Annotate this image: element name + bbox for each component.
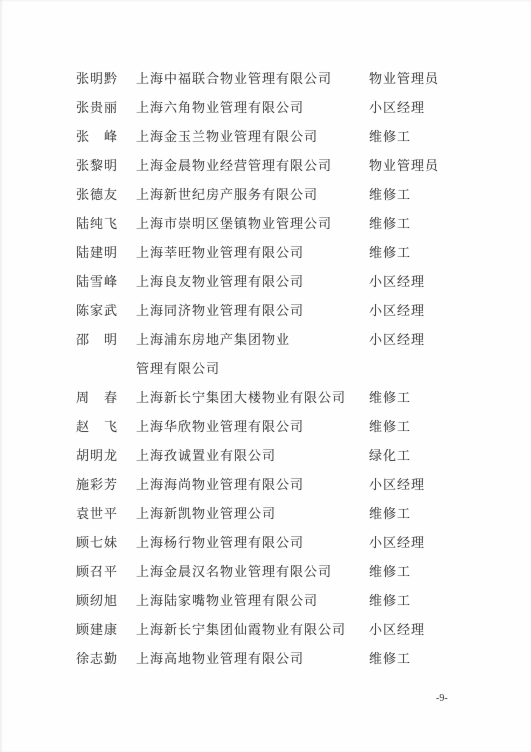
company-name: 上海孜诚置业有限公司 [136,441,381,470]
job-title: 物业管理员 [369,64,439,93]
table-row: 袁世平 上海新凯物业管理公司 维修工 [0,499,531,528]
person-name: 张明黔 [76,64,118,93]
company-name: 上海新长宁集团大楼物业有限公司 [136,383,381,412]
person-name: 周 春 [76,383,118,412]
company-name: 上海高地物业管理有限公司 [136,644,381,673]
person-name: 张贵丽 [76,93,118,122]
table-row: 陆建明 上海莘旺物业管理有限公司 维修工 [0,238,531,267]
table-row: 顾七妹 上海杨行物业管理有限公司 小区经理 [0,528,531,557]
job-title: 维修工 [369,586,411,615]
company-name: 上海新长宁集团仙霞物业有限公司 [136,615,381,644]
person-name: 陆雪峰 [76,267,118,296]
company-name: 上海新凯物业管理公司 [136,499,381,528]
job-title: 维修工 [369,180,411,209]
table-row: 张明黔 上海中福联合物业管理有限公司 物业管理员 [0,64,531,93]
job-title: 小区经理 [369,615,425,644]
job-title: 维修工 [369,412,411,441]
table-row: 赵 飞 上海华欣物业管理有限公司 维修工 [0,412,531,441]
job-title: 绿化工 [369,441,411,470]
roster-table: 张明黔 上海中福联合物业管理有限公司 物业管理员 张贵丽 上海六角物业管理有限公… [0,64,531,673]
company-name: 上海金晨物业经营管理有限公司 [136,151,381,180]
table-row: 张贵丽 上海六角物业管理有限公司 小区经理 [0,93,531,122]
person-name: 张 峰 [76,122,118,151]
company-name: 上海中福联合物业管理有限公司 [136,64,381,93]
company-name: 上海杨行物业管理有限公司 [136,528,381,557]
person-name: 顾七妹 [76,528,118,557]
person-name: 张黎明 [76,151,118,180]
table-row: 陈家武 上海同济物业管理有限公司 小区经理 [0,296,531,325]
person-name: 陆纯飞 [76,209,118,238]
table-row: 胡明龙 上海孜诚置业有限公司 绿化工 [0,441,531,470]
person-name: 顾召平 [76,557,118,586]
person-name: 邵 明 [76,325,118,354]
job-title: 小区经理 [369,267,425,296]
job-title: 维修工 [369,122,411,151]
person-name: 施彩芳 [76,470,118,499]
document-page: 张明黔 上海中福联合物业管理有限公司 物业管理员 张贵丽 上海六角物业管理有限公… [0,0,531,752]
page-number: -9- [436,693,448,704]
table-row: 张黎明 上海金晨物业经营管理有限公司 物业管理员 [0,151,531,180]
company-name: 上海金玉兰物业管理有限公司 [136,122,381,151]
company-name: 上海新世纪房产服务有限公司 [136,180,381,209]
table-row: 陆雪峰 上海良友物业管理有限公司 小区经理 [0,267,531,296]
person-name: 陆建明 [76,238,118,267]
table-row: 徐志勤 上海高地物业管理有限公司 维修工 [0,644,531,673]
table-row: 施彩芳 上海海尚物业管理有限公司 小区经理 [0,470,531,499]
person-name: 陈家武 [76,296,118,325]
table-row: 陆纯飞 上海市崇明区堡镇物业管理公司 维修工 [0,209,531,238]
job-title: 维修工 [369,383,411,412]
table-row: 邵 明 上海浦东房地产集团物业 管理有限公司 小区经理 [0,325,531,383]
company-name: 上海莘旺物业管理有限公司 [136,238,381,267]
job-title: 小区经理 [369,296,425,325]
company-name: 上海六角物业管理有限公司 [136,93,381,122]
person-name: 袁世平 [76,499,118,528]
person-name: 赵 飞 [76,412,118,441]
table-row: 张 峰 上海金玉兰物业管理有限公司 维修工 [0,122,531,151]
company-name: 上海陆家嘴物业管理有限公司 [136,586,381,615]
job-title: 小区经理 [369,325,425,354]
table-row: 顾纫旭 上海陆家嘴物业管理有限公司 维修工 [0,586,531,615]
job-title: 小区经理 [369,470,425,499]
table-row: 顾召平 上海金晨汉名物业管理有限公司 维修工 [0,557,531,586]
company-name: 上海浦东房地产集团物业 管理有限公司 [136,325,381,383]
job-title: 维修工 [369,209,411,238]
company-name: 上海华欣物业管理有限公司 [136,412,381,441]
company-name: 上海金晨汉名物业管理有限公司 [136,557,381,586]
company-name: 上海同济物业管理有限公司 [136,296,381,325]
person-name: 徐志勤 [76,644,118,673]
job-title: 小区经理 [369,528,425,557]
job-title: 小区经理 [369,93,425,122]
company-name: 上海海尚物业管理有限公司 [136,470,381,499]
job-title: 维修工 [369,499,411,528]
table-row: 张德友 上海新世纪房产服务有限公司 维修工 [0,180,531,209]
person-name: 张德友 [76,180,118,209]
job-title: 维修工 [369,557,411,586]
person-name: 顾建康 [76,615,118,644]
job-title: 维修工 [369,644,411,673]
job-title: 维修工 [369,238,411,267]
table-row: 顾建康 上海新长宁集团仙霞物业有限公司 小区经理 [0,615,531,644]
person-name: 胡明龙 [76,441,118,470]
person-name: 顾纫旭 [76,586,118,615]
table-row: 周 春 上海新长宁集团大楼物业有限公司 维修工 [0,383,531,412]
job-title: 物业管理员 [369,151,439,180]
company-name: 上海市崇明区堡镇物业管理公司 [136,209,381,238]
company-name: 上海良友物业管理有限公司 [136,267,381,296]
